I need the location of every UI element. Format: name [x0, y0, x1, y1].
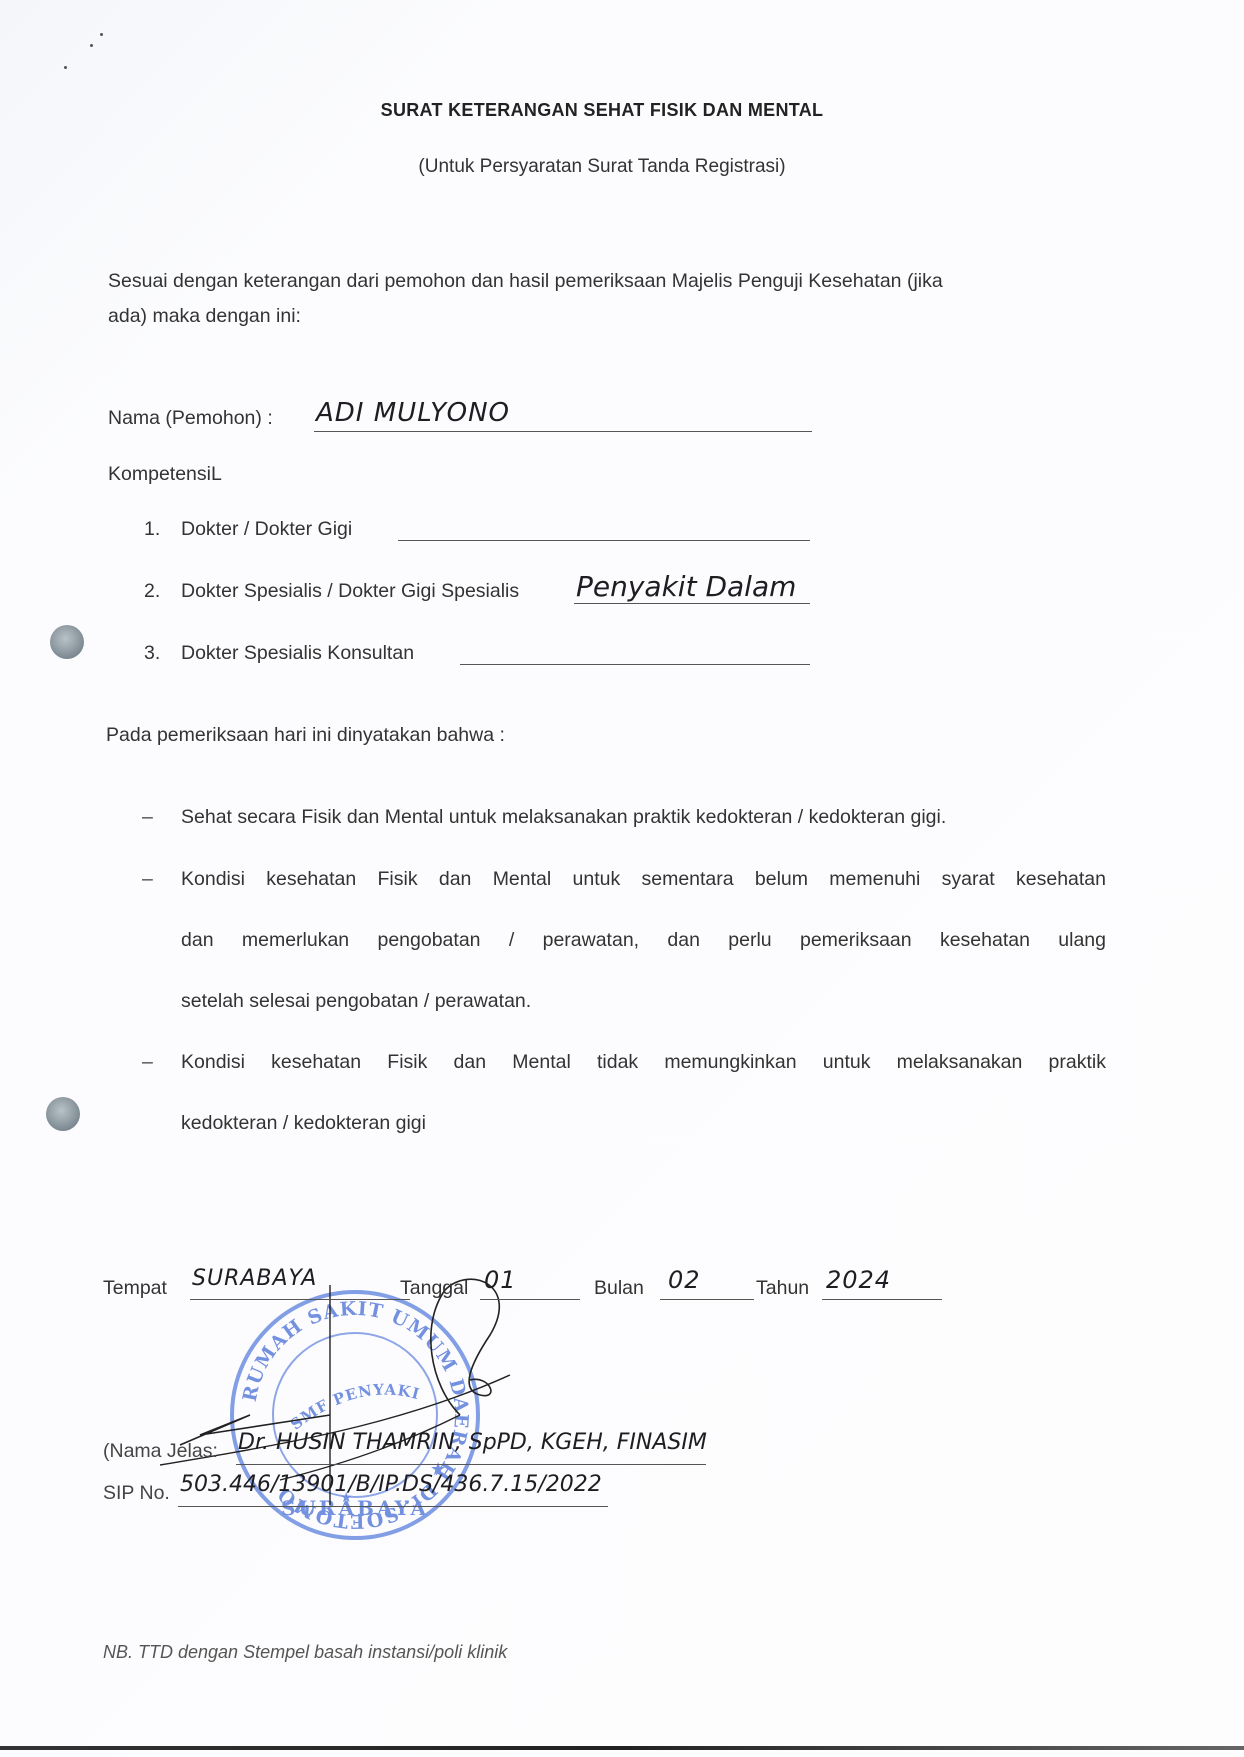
scan-speck	[64, 66, 67, 69]
competency-label-3: Dokter Spesialis Konsultan	[181, 642, 414, 665]
place-label: Tempat	[103, 1277, 167, 1300]
statement-2-line-2: dan memerlukan pengobatan / perawatan, d…	[181, 929, 1106, 952]
sip-field[interactable]: 503.446/13901/B/IP.DS/436.7.15/2022	[180, 1472, 602, 1497]
date-label: Tanggal	[400, 1277, 468, 1300]
document-subtitle: (Untuk Persyaratan Surat Tanda Registras…	[0, 156, 1204, 178]
punch-hole-icon	[50, 625, 84, 659]
competency-number-2: 2.	[144, 580, 160, 603]
statement-3-line-2: kedokteran / kedokteran gigi	[181, 1112, 426, 1135]
intro-line-1: Sesuai dengan keterangan dari pemohon da…	[108, 270, 943, 293]
name-field-line	[314, 431, 812, 432]
statement-1-line-1: Sehat secara Fisik dan Mental untuk mela…	[181, 806, 946, 829]
exam-statement: Pada pemeriksaan hari ini dinyatakan bah…	[106, 724, 505, 747]
scan-speck	[90, 44, 93, 47]
name-label: Nama (Pemohon) :	[108, 407, 273, 430]
year-label: Tahun	[756, 1277, 809, 1300]
clear-name-field[interactable]: Dr. HUSIN THAMRIN, SpPD, KGEH, FINASIM	[238, 1430, 707, 1455]
statement-2-line-1: Kondisi kesehatan Fisik dan Mental untuk…	[181, 868, 1106, 891]
sip-label: SIP No.	[103, 1482, 170, 1505]
sip-field-line	[178, 1506, 608, 1507]
year-field[interactable]: 2024	[826, 1266, 891, 1294]
date-field-line	[480, 1299, 580, 1300]
clear-name-label: (Nama Jelas:	[103, 1440, 218, 1463]
date-field[interactable]: 01	[484, 1266, 517, 1294]
year-field-line	[822, 1299, 942, 1300]
competency-label-1: Dokter / Dokter Gigi	[181, 518, 352, 541]
scan-speck	[100, 33, 103, 36]
place-field[interactable]: SURABAYA	[192, 1266, 317, 1291]
statement-2-line-3: setelah selesai pengobatan / perawatan.	[181, 990, 531, 1013]
footnote: NB. TTD dengan Stempel basah instansi/po…	[103, 1642, 507, 1663]
document-title: SURAT KETERANGAN SEHAT FISIK DAN MENTAL	[0, 100, 1204, 121]
intro-line-2: ada) maka dengan ini:	[108, 305, 301, 328]
month-field[interactable]: 02	[668, 1266, 701, 1294]
clear-name-line	[236, 1464, 706, 1465]
punch-hole-icon	[46, 1097, 80, 1131]
competency-field-2-line	[574, 603, 810, 604]
statement-3-line-1: Kondisi kesehatan Fisik dan Mental tidak…	[181, 1051, 1106, 1074]
place-field-line	[190, 1299, 410, 1300]
page-bottom-edge	[0, 1746, 1244, 1750]
competency-number-1: 1.	[144, 518, 160, 541]
statement-dash-3: –	[142, 1051, 153, 1074]
competency-label-2: Dokter Spesialis / Dokter Gigi Spesialis	[181, 580, 519, 603]
statement-dash-2: –	[142, 868, 153, 891]
competency-number-3: 3.	[144, 642, 160, 665]
competency-field-3[interactable]	[460, 664, 810, 665]
competency-field-2[interactable]: Penyakit Dalam	[576, 570, 796, 603]
name-field[interactable]: ADI MULYONO	[316, 398, 510, 428]
month-label: Bulan	[594, 1277, 644, 1300]
statement-dash-1: –	[142, 806, 153, 829]
document-page: SURAT KETERANGAN SEHAT FISIK DAN MENTAL …	[0, 0, 1244, 1757]
competency-field-1[interactable]	[398, 540, 810, 541]
month-field-line	[660, 1299, 754, 1300]
competency-label: KompetensiL	[108, 463, 222, 486]
